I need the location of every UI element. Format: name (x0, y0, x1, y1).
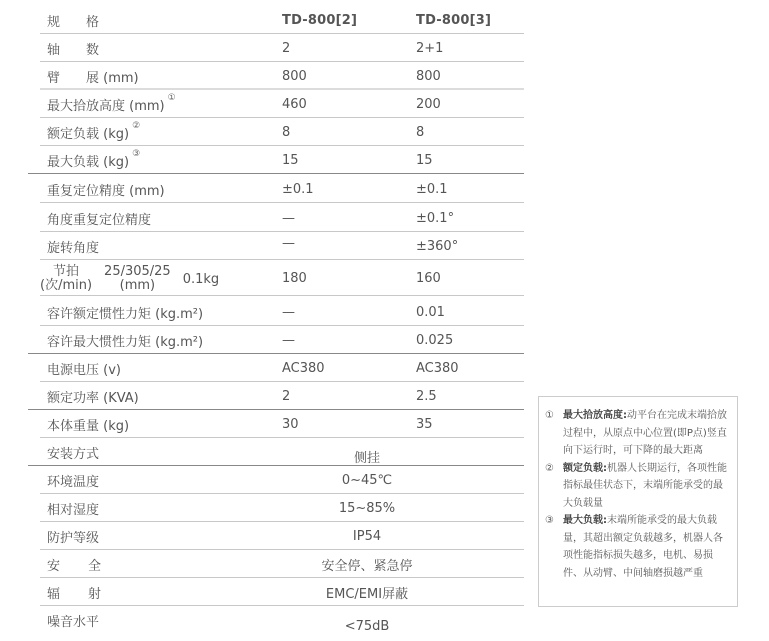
table-row-supply-voltage: 电源电压 (v) AC380 AC380 (0, 354, 530, 382)
footnote-text: 最大拾放高度:动平台在完成末端拾放过程中，从原点中心位置(即P点)竖直向下运行时… (563, 407, 727, 460)
table-row-mounting: 安装方式 侧挂 (0, 438, 530, 466)
row-label: 臂展 (mm) (47, 62, 139, 90)
table-row-ambient-temp: 环境温度 0~45℃ (0, 466, 530, 494)
value-td800-3: 200 (416, 90, 441, 118)
footnote-number: ③ (545, 512, 563, 582)
row-label-text: 额定负载 (kg) (47, 123, 129, 142)
row-label: 电源电压 (v) (47, 354, 121, 382)
row-label: 额定负载 (kg)② (47, 118, 140, 146)
value-merged: EMC/EMI屏蔽 (282, 578, 452, 606)
table-row-cycle-rate: 节拍 (次/min) 25/305/25 (mm) 0.1kg 180 160 (0, 260, 530, 296)
footnote-text: 最大负载:末端所能承受的最大负载量，其超出额定负载越多，机器人各项性能指标损失越… (563, 512, 727, 582)
header-model-td800-2: TD-800[2] (282, 6, 357, 34)
value-td800-2: AC380 (282, 354, 325, 382)
row-label-part-a: 安 (47, 555, 60, 574)
row-label-part-b: 展 (mm) (86, 67, 139, 86)
header-model-td800-3: TD-800[3] (416, 6, 491, 34)
row-label-part-b: 数 (86, 39, 99, 58)
row-label: 最大负载 (kg)③ (47, 146, 140, 174)
value-td800-2: ±0.1 (282, 175, 314, 203)
row-divider (40, 295, 524, 296)
row-label: 额定功率 (KVA) (47, 382, 139, 410)
value-td800-3: 15 (416, 146, 433, 174)
value-td800-2: 8 (282, 118, 290, 146)
table-row-rated-power: 额定功率 (KVA) 2 2.5 (0, 382, 530, 410)
value-td800-3: 160 (416, 260, 441, 296)
value-td800-2: — (282, 204, 295, 232)
value-td800-3: 2+1 (416, 34, 443, 62)
value-td800-3: 800 (416, 62, 441, 90)
row-label-text: 最大负载 (kg) (47, 151, 129, 170)
table-row-arm-span: 臂展 (mm) 800 800 (0, 62, 530, 90)
row-label-part-a: 辐 (47, 583, 60, 602)
value-td800-2: 2 (282, 382, 290, 410)
value-td800-2: 15 (282, 146, 299, 174)
table-row-max-inertia: 容许最大惯性力矩 (kg.m²) — 0.025 (0, 326, 530, 354)
row-label-part-b: 全 (88, 555, 101, 574)
value-td800-2: 180 (282, 260, 307, 296)
cycle-label-line2: (次/min) (40, 279, 92, 293)
value-td800-3: 0.025 (416, 326, 453, 354)
footnote-2: ② 额定负载:机器人长期运行，各项性能指标最佳状态下，末端所能承受的最大负载量 (545, 460, 727, 513)
section-divider (28, 173, 524, 175)
table-row-max-load: 最大负载 (kg)③ 15 15 (0, 146, 530, 174)
value-td800-3: 0.01 (416, 298, 445, 326)
table-row-rated-load: 额定负载 (kg)② 8 8 (0, 118, 530, 146)
value-td800-3: AC380 (416, 354, 459, 382)
cycle-path-line2: (mm) (120, 279, 155, 293)
cycle-label: 节拍 (次/min) (40, 265, 92, 293)
row-label: 节拍 (次/min) 25/305/25 (mm) 0.1kg (40, 262, 219, 296)
table-header-row: 规 格 TD-800[2] TD-800[3] (0, 6, 530, 34)
row-label: 防护等级 (47, 522, 99, 550)
footnote-marker-2: ② (132, 121, 140, 131)
cycle-condition-weight: 0.1kg (183, 272, 219, 287)
row-label: 容许最大惯性力矩 (kg.m²) (47, 326, 203, 354)
table-row-body-weight: 本体重量 (kg) 30 35 (0, 410, 530, 438)
value-merged: 安全停、紧急停 (282, 550, 452, 578)
table-row-angle-repeatability: 角度重复定位精度 — ±0.1° (0, 204, 530, 232)
footnote-marker-3: ③ (132, 149, 140, 159)
value-td800-3: 8 (416, 118, 424, 146)
row-label-part-a: 轴 (47, 39, 60, 58)
cycle-path-line1: 25/305/25 (104, 265, 171, 279)
table-row-radiation: 辐射 EMC/EMI屏蔽 (0, 578, 530, 606)
table-row-rated-inertia: 容许额定惯性力矩 (kg.m²) — 0.01 (0, 298, 530, 326)
value-merged: 15~85% (282, 494, 452, 522)
row-label: 安全 (47, 550, 101, 578)
row-label: 角度重复定位精度 (47, 204, 151, 232)
row-divider (40, 202, 524, 203)
value-td800-2: — (282, 326, 295, 354)
row-label: 旋转角度 (47, 232, 99, 260)
table-row-axes: 轴数 2 2+1 (0, 34, 530, 62)
table-row-noise-level: 噪音水平 <75dB (0, 606, 530, 634)
table-row-repeatability: 重复定位精度 (mm) ±0.1 ±0.1 (0, 175, 530, 203)
footnote-number: ② (545, 460, 563, 513)
footnote-title: 最大拾放高度: (563, 410, 627, 421)
row-label: 轴数 (47, 34, 99, 62)
table-row-rotation-angle: 旋转角度 — ±360° (0, 232, 530, 260)
value-td800-3: ±360° (416, 232, 458, 260)
row-label: 噪音水平 (47, 606, 99, 634)
row-label: 相对湿度 (47, 494, 99, 522)
value-merged: IP54 (282, 522, 452, 550)
row-label: 辐射 (47, 578, 101, 606)
footnote-3: ③ 最大负载:末端所能承受的最大负载量，其超出额定负载越多，机器人各项性能指标损… (545, 512, 727, 582)
footnote-1: ① 最大拾放高度:动平台在完成末端拾放过程中，从原点中心位置(即P点)竖直向下运… (545, 407, 727, 460)
footnote-marker-1: ① (168, 93, 176, 103)
table-row-humidity: 相对湿度 15~85% (0, 494, 530, 522)
footnote-title: 额定负载: (563, 463, 607, 474)
row-label-part-b: 射 (88, 583, 101, 602)
row-label: 安装方式 (47, 438, 99, 466)
value-td800-3: ±0.1 (416, 175, 448, 203)
table-row-safety: 安全 安全停、紧急停 (0, 550, 530, 578)
value-merged: <75dB (282, 606, 452, 640)
value-td800-2: 30 (282, 410, 299, 438)
header-spec-label: 规 格 (47, 6, 99, 34)
row-label-part-a: 臂 (47, 67, 60, 86)
table-row-max-pick-height: 最大拾放高度 (mm)① 460 200 (0, 90, 530, 118)
row-label: 环境温度 (47, 466, 99, 494)
row-label: 本体重量 (kg) (47, 410, 129, 438)
footnote-number: ① (545, 407, 563, 460)
value-merged: 0~45℃ (282, 466, 452, 494)
value-td800-2: — (282, 298, 295, 326)
row-label-text: 最大拾放高度 (mm) (47, 95, 165, 114)
value-td800-3: 35 (416, 410, 433, 438)
value-td800-2: 460 (282, 90, 307, 118)
footnote-text: 额定负载:机器人长期运行，各项性能指标最佳状态下，末端所能承受的最大负载量 (563, 460, 727, 513)
value-td800-2: 800 (282, 62, 307, 90)
cycle-label-line1: 节拍 (53, 265, 79, 279)
footnotes-panel: ① 最大拾放高度:动平台在完成末端拾放过程中，从原点中心位置(即P点)竖直向下运… (538, 396, 738, 607)
row-label: 容许额定惯性力矩 (kg.m²) (47, 298, 203, 326)
row-label: 重复定位精度 (mm) (47, 175, 165, 203)
value-td800-3: ±0.1° (416, 204, 454, 232)
header-spec-label-text: 规 格 (47, 11, 99, 30)
value-td800-2: 2 (282, 34, 290, 62)
table-row-protection-rating: 防护等级 IP54 (0, 522, 530, 550)
value-td800-3: 2.5 (416, 382, 437, 410)
row-label: 最大拾放高度 (mm)① (47, 90, 176, 118)
footnote-title: 最大负载: (563, 515, 607, 526)
cycle-condition-path: 25/305/25 (mm) (104, 265, 171, 293)
